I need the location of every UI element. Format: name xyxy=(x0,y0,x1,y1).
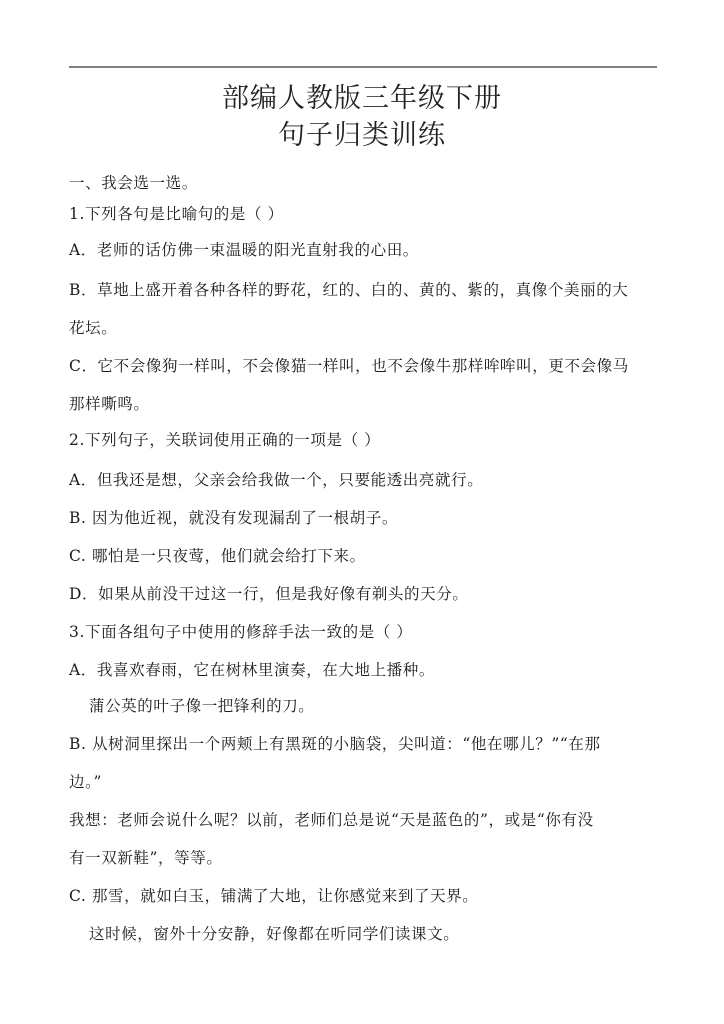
question-1-option-b-cont: 花坛。 xyxy=(69,318,117,338)
question-2-option-a: A．但我还是想，父亲会给我做一个，只要能透出亮就行。 xyxy=(69,470,483,490)
document-subtitle: 句子归类训练 xyxy=(0,119,724,153)
question-3-option-b-line2-cont: 有一双新鞋”，等等。 xyxy=(69,848,222,868)
question-3-option-b-line2: 我想：老师会说什么呢？以前，老师们总是说“天是蓝色的”，或是“你有没 xyxy=(69,810,594,830)
header-rule xyxy=(69,66,657,68)
question-1-option-b: B．草地上盛开着各种各样的野花，红的、白的、黄的、紫的，真像个美丽的大 xyxy=(69,280,628,300)
question-3-option-b: B. 从树洞里探出一个两颊上有黑斑的小脑袋，尖叫道：“他在哪儿？”“在那 xyxy=(69,734,601,754)
question-1-option-c: C．它不会像狗一样叫，不会像猫一样叫，也不会像牛那样哞哞叫，更不会像马 xyxy=(69,356,629,376)
question-3-option-c: C. 那雪，就如白玉，铺满了大地，让你感觉来到了天界。 xyxy=(69,886,478,906)
question-1-stem: 1.下列各句是比喻句的是（ ） xyxy=(69,204,284,224)
question-3-option-c-line2: 这时候，窗外十分安静，好像都在听同学们读课文。 xyxy=(89,924,459,944)
question-3-option-a: A．我喜欢春雨，它在树林里演奏，在大地上播种。 xyxy=(69,660,435,680)
question-2-option-d: D．如果从前没干过这一行，但是我好像有剃头的天分。 xyxy=(69,584,468,604)
question-1-option-c-cont: 那样嘶鸣。 xyxy=(69,394,150,414)
question-3-option-a-line2: 蒲公英的叶子像一把锋利的刀。 xyxy=(89,696,314,716)
document-title: 部编人教版三年级下册 xyxy=(0,82,724,116)
question-3-stem: 3.下面各组句子中使用的修辞手法一致的是（ ） xyxy=(69,622,413,642)
section-heading: 一、我会选一选。 xyxy=(69,173,198,193)
question-1-option-a: A．老师的话仿佛一束温暖的阳光直射我的心田。 xyxy=(69,240,419,260)
question-3-option-b-cont: 边。” xyxy=(69,772,102,792)
question-2-stem: 2.下列句子，关联词使用正确的一项是（ ） xyxy=(69,430,380,450)
question-2-option-b: B. 因为他近视，就没有发现漏刮了一根胡子。 xyxy=(69,508,398,528)
question-2-option-c: C. 哪怕是一只夜莺，他们就会给打下来。 xyxy=(69,546,366,566)
